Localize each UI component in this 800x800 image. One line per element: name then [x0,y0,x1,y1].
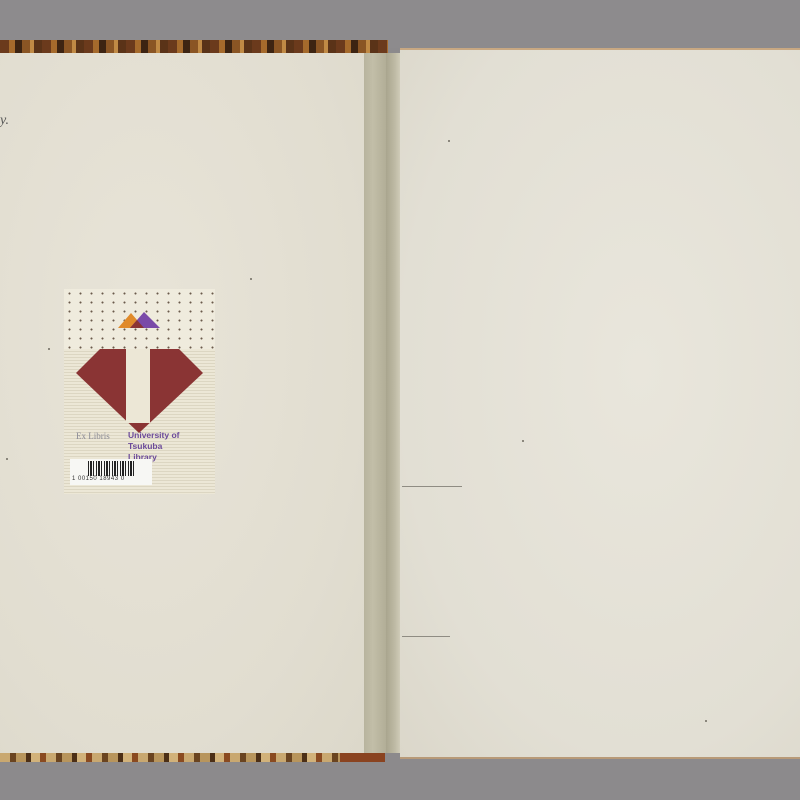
marbled-cover-edge-top [0,40,388,53]
hinge-joint [386,53,400,753]
speck [522,440,524,442]
diamond-t-emblem-icon [76,349,203,433]
barcode-icon [88,461,136,476]
crease-line [402,486,462,487]
crease-line [402,636,450,637]
institution-line-1: University of Tsukuba [128,430,215,452]
barcode-label: 1 00150 18943 0 [70,459,152,485]
speck [448,140,450,142]
barcode-number: 1 00150 18943 0 [72,476,152,482]
pencil-note: y. [0,113,9,129]
marbled-cover-edge-bottom [0,753,385,762]
speck [705,720,707,722]
ex-libris-bookplate: Ex Libris University of Tsukuba Library … [64,289,215,494]
speck [250,278,252,280]
speck [48,348,50,350]
mountain-logo-icon [118,311,162,329]
hinge-cloth [364,53,386,753]
speck [6,458,8,460]
ex-libris-label: Ex Libris [76,431,110,441]
flyleaf-page [400,48,800,759]
